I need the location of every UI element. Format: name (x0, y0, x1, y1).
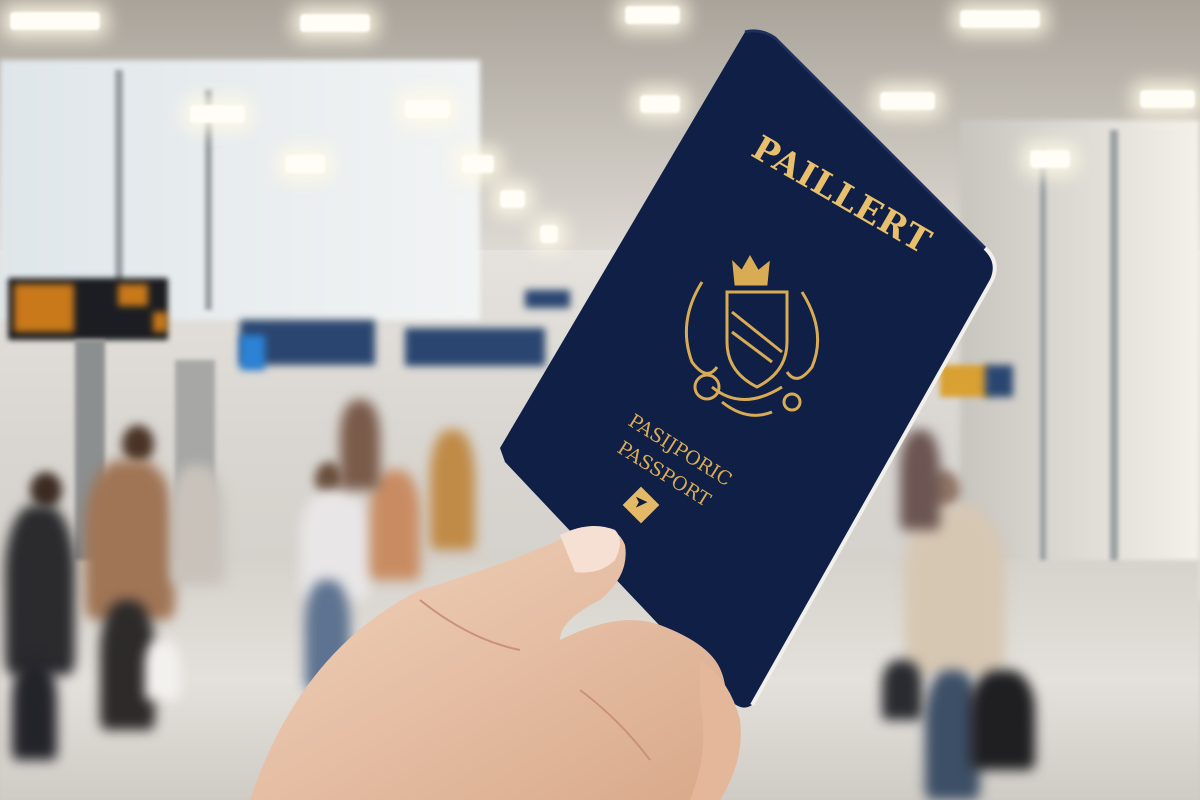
hand (0, 0, 1200, 800)
